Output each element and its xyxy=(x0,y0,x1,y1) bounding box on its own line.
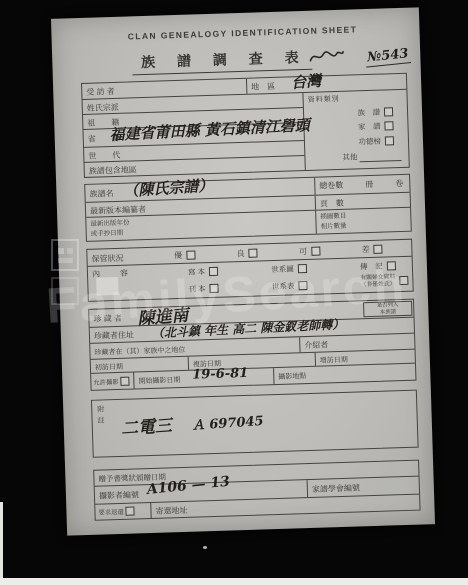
footer-table: 贈予書獎狀頒贈日期 攝影者編號 A106 — 13 家譜學會編號 要求退還 寄還… xyxy=(93,460,420,521)
content-option-label: 世系圖 xyxy=(271,263,294,275)
material-option-label: 家 譜 xyxy=(358,121,381,133)
condition-option-label: 差 xyxy=(361,244,369,255)
handwritten-scribble xyxy=(308,48,345,67)
first-visit-label: 初訪日期 xyxy=(91,359,123,372)
material-title: 資料類別 xyxy=(307,92,401,105)
english-title: CLAN GENEALOGY IDENTIFICATION SHEET xyxy=(79,23,405,43)
material-option-label: 族 譜 xyxy=(357,106,380,118)
pubyear-line2: 或手抄日期 xyxy=(87,228,130,239)
film-date-handwritten: 19-6-81 xyxy=(192,366,248,383)
material-option-zupu: 族 譜 xyxy=(308,105,402,119)
checkbox-women-data xyxy=(399,276,408,285)
paper-light-patch xyxy=(96,277,119,296)
checkbox-merit xyxy=(385,136,394,145)
permit-label: 允許攝影 xyxy=(93,376,118,386)
content-manuscript: 寫 本 xyxy=(188,266,218,278)
introducer-label: 介紹者 xyxy=(300,337,328,351)
illustrations-line2: 相片數量 xyxy=(316,221,346,231)
book-name-label: 族譜名 xyxy=(85,186,113,200)
photographer-number-label: 攝影者編號 xyxy=(95,487,139,501)
filming-permission: 允許攝影 xyxy=(91,376,129,386)
keeper-label: 珍 藏 者 xyxy=(89,311,122,325)
notes-label-char1: 附 xyxy=(97,406,104,413)
notes-label: 附 註 xyxy=(97,405,106,426)
interviewee-label: 受 訪 者 xyxy=(82,84,115,98)
return-request: 要求退還 xyxy=(95,503,150,520)
film-place-label: 攝影地點 xyxy=(274,369,306,382)
coverage-label: 族譜包含地區 xyxy=(85,162,137,177)
women-data-line2: （非僅姓氏） xyxy=(361,281,396,289)
origin-table: 受 訪 者 地 區 台灣 姓氏宗派 祖 籍 省 縣 世 代 族譜包含地區 福建 xyxy=(81,73,410,178)
form-paper: CLAN GENEALOGY IDENTIFICATION SHEET 族 譜 … xyxy=(51,7,435,535)
familysearch-logo-watermark xyxy=(50,238,80,308)
checkbox-zupu xyxy=(384,107,393,116)
notes-box: 附 註 二電三 Ａ 697045 xyxy=(91,390,419,458)
keeper-address-label: 珍藏者住址 xyxy=(90,327,134,341)
form-content: CLAN GENEALOGY IDENTIFICATION SHEET 族 譜 … xyxy=(79,8,421,521)
condition-good: 良 xyxy=(236,247,257,259)
second-visit-label: 複訪日期 xyxy=(189,356,221,369)
pages-label: 頁 數 xyxy=(316,195,344,209)
additional-visit-label: 增訪日期 xyxy=(316,352,348,365)
condition-option-label: 良 xyxy=(236,247,244,258)
return-address-label: 寄還地址 xyxy=(151,503,187,517)
return-label: 要求退還 xyxy=(98,507,123,517)
volumes-label: 總卷數 xyxy=(319,180,343,192)
notes-handwritten: 二電三 Ａ 697045 xyxy=(120,405,264,439)
checkbox-biography xyxy=(386,261,395,270)
condition-table: 保管狀況 優 良 可 xyxy=(86,239,414,302)
checkbox-manuscript xyxy=(209,267,218,276)
notes-handwritten-number: Ａ 697045 xyxy=(191,414,264,434)
region-label: 地 區 xyxy=(247,79,275,93)
content-biography: 傳 記 xyxy=(360,260,408,272)
notes-label-char2: 註 xyxy=(98,417,105,424)
microfilm-photo: CLAN GENEALOGY IDENTIFICATION SHEET 族 譜 … xyxy=(0,0,468,585)
material-option-other: 其他 xyxy=(309,149,403,163)
checkbox-fair xyxy=(311,246,320,255)
condition-option-label: 可 xyxy=(299,245,307,256)
origin-rows: 姓氏宗派 祖 籍 省 縣 世 代 族譜包含地區 福建省莆田縣 黃石鎮清江礐頭 xyxy=(83,93,305,177)
checkbox-permit xyxy=(120,376,129,385)
content-women-data: 有關婦女資料 （非僅姓氏） xyxy=(360,273,408,289)
dust-speck xyxy=(203,546,207,549)
checkbox-good xyxy=(249,248,258,257)
film-edge-bottom xyxy=(0,578,468,585)
listed-in-genealogy-box: 是否列入 本族譜 xyxy=(363,301,412,318)
region-handwritten-value: 台灣 xyxy=(290,70,322,93)
checkbox-excellent xyxy=(186,250,195,259)
content-printed: 刊 本 xyxy=(188,283,218,295)
unit-ce: 冊 xyxy=(365,179,373,190)
keeper-position-label: 珍藏者在（其）家族中之地位 xyxy=(90,342,185,357)
book-table: 族譜名 （陳氏宗譜） 總卷數 冊 卷 最新版本編纂者 頁 數 xyxy=(84,174,412,242)
condition-excellent: 優 xyxy=(174,249,195,261)
checkbox-pedigree-chart xyxy=(298,264,307,273)
checkbox-jiapu xyxy=(384,121,393,130)
condition-option-label: 優 xyxy=(174,249,182,260)
listed-line2: 本族譜 xyxy=(364,308,411,316)
award-label: 贈予書獎狀頒贈日期 xyxy=(94,470,166,485)
material-other-label: 其他 xyxy=(342,151,357,162)
content-pedigree-chart: 世系圖 xyxy=(271,263,307,275)
content-option-label: 寫 本 xyxy=(188,266,205,278)
film-start-date-label: 開始攝影日期 xyxy=(134,373,180,386)
condition-fair: 可 xyxy=(299,245,320,257)
checkbox-pedigree-table xyxy=(298,281,307,290)
material-option-jiapu: 家 譜 xyxy=(308,120,402,134)
page-title: 族 譜 調 查 表 xyxy=(132,47,312,76)
surname-label: 姓氏宗派 xyxy=(83,99,119,113)
county-label: 省 縣 xyxy=(84,131,120,145)
keeper-table: 珍 藏 者 陳進南 是否列入 本族譜 珍藏者住址 （北斗鎮 年生 高二 陳金釵老… xyxy=(88,299,416,391)
title-row: 族 譜 調 查 表 №543 xyxy=(80,44,407,76)
content-option-label: 刊 本 xyxy=(188,283,205,295)
checkbox-poor xyxy=(373,244,382,253)
material-option-label: 功德榜 xyxy=(358,135,381,147)
material-option-merit: 功德榜 xyxy=(309,134,403,148)
unit-juan: 卷 xyxy=(395,178,403,189)
condition-poor: 差 xyxy=(361,243,382,255)
content-option-label: 傳 記 xyxy=(360,261,383,273)
book-name-handwritten: （陳氏宗譜） xyxy=(123,174,214,201)
condition-label: 保管狀況 xyxy=(87,250,123,264)
film-edge-left xyxy=(0,502,3,585)
content-pedigree-table: 世系表 xyxy=(272,280,308,292)
material-type-panel: 資料類別 族 譜 家 譜 功德榜 xyxy=(302,90,408,170)
checkbox-return xyxy=(126,507,135,516)
compiler-label: 最新版本編纂者 xyxy=(86,202,146,217)
other-blank-line xyxy=(359,152,401,161)
generations-label: 世 代 xyxy=(84,147,120,161)
handwritten-number: №543 xyxy=(364,46,411,67)
checkbox-printed xyxy=(209,284,218,293)
ancestral-label: 祖 籍 xyxy=(83,114,119,128)
notes-handwritten-main: 二電三 xyxy=(120,416,172,439)
society-number-label: 家譜學會編號 xyxy=(308,480,360,495)
content-option-label: 世系表 xyxy=(272,280,295,292)
